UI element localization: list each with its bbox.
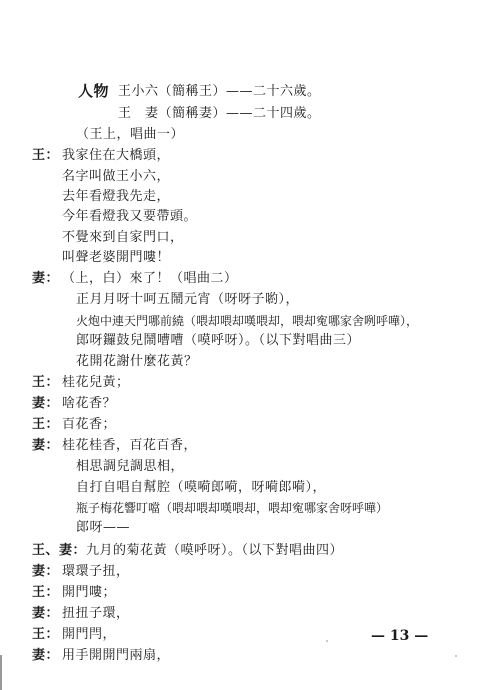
dialogue-line: 百花香；: [62, 417, 116, 433]
dialogue-line: 今年看燈我又要帶頭。: [62, 209, 197, 225]
dialogue-line: 正月月呀十呵五鬧元宵（呀呀子喲），: [76, 292, 299, 308]
speaker-label: 妻：: [32, 648, 59, 664]
document-page: 人物 王小六（簡稱王）——二十六歲。 王 妻（簡稱妻）——二十四歲。 （王上，唱…: [0, 0, 480, 690]
dialogue-line: 用手開開門兩扇，: [62, 648, 170, 664]
speaker-label: 王、妻：: [32, 543, 86, 559]
dialogue-line: 瓶子梅花響叮噹（喂却喂却嘆喂却，喂却寃哪家舍呀呼嘩）: [76, 500, 388, 516]
scan-edge-mark: [0, 655, 2, 690]
stage-direction: （王上，唱曲一）: [76, 127, 184, 143]
dialogue-line: 啥花香？: [62, 396, 116, 412]
dialogue-line: 桂花桂香，百花百香，: [62, 438, 197, 454]
page-number: — 13 —: [371, 628, 428, 644]
cast-member: 王 妻（簡稱妻）——二十四歲。: [118, 106, 321, 122]
dialogue-line: 相思調兒調思相，: [76, 459, 184, 475]
scan-speck: [455, 655, 457, 657]
dialogue-line: 花開花謝什麼花黃？: [76, 354, 198, 370]
dialogue-line: 自打自唱自幫腔（嗼嗬郎嗬，呀嗬郎嗬），: [76, 480, 326, 496]
speaker-label: 妻：: [32, 564, 59, 580]
cast-heading: 人物: [78, 83, 109, 99]
speaker-label: 王：: [32, 585, 59, 601]
speaker-label: 王：: [32, 417, 59, 433]
scan-speck: [35, 397, 37, 399]
dialogue-line: 開門嘍；: [62, 585, 116, 601]
dialogue-line: 開門閂，: [62, 627, 116, 643]
dialogue-line: 郎呀——: [76, 520, 130, 536]
dialogue-line: 桂花兒黃；: [62, 375, 130, 391]
dialogue-line: 名字叫做王小六，: [62, 169, 170, 185]
dialogue-line: 扭扭子環，: [62, 606, 130, 622]
dialogue-line: 不覺來到自家門口，: [62, 230, 184, 246]
scan-speck: [326, 640, 328, 642]
speaker-label: 王：: [32, 148, 59, 164]
dialogue-line: 去年看燈我先走，: [62, 189, 170, 205]
dialogue-line: 九月的菊花黃（嗼呼呀）。（以下對唱曲四）: [86, 543, 343, 559]
dialogue-line: 我家住在大橋頭，: [62, 148, 170, 164]
dialogue-line: 環環子扭，: [62, 564, 130, 580]
dialogue-line: 火炮中連天門哪前繞（喂却喂却嘆喂却，喂却寃哪家舍咧呼嘩），: [76, 313, 418, 329]
speaker-label: 妻：: [32, 271, 59, 287]
dialogue-line: （上，白）來了！（唱曲二）: [62, 271, 238, 287]
speaker-label: 王：: [32, 375, 59, 391]
dialogue-line: 郎呀鑼鼓兒鬧嘈嘈（嗼呼呀）。（以下對唱曲三）: [76, 333, 360, 349]
speaker-label: 妻：: [32, 606, 59, 622]
speaker-label: 王：: [32, 627, 59, 643]
cast-member: 王小六（簡稱王）——二十六歲。: [118, 84, 321, 100]
speaker-label: 妻：: [32, 438, 59, 454]
dialogue-line: 叫聲老婆開門嘍！: [62, 250, 170, 266]
